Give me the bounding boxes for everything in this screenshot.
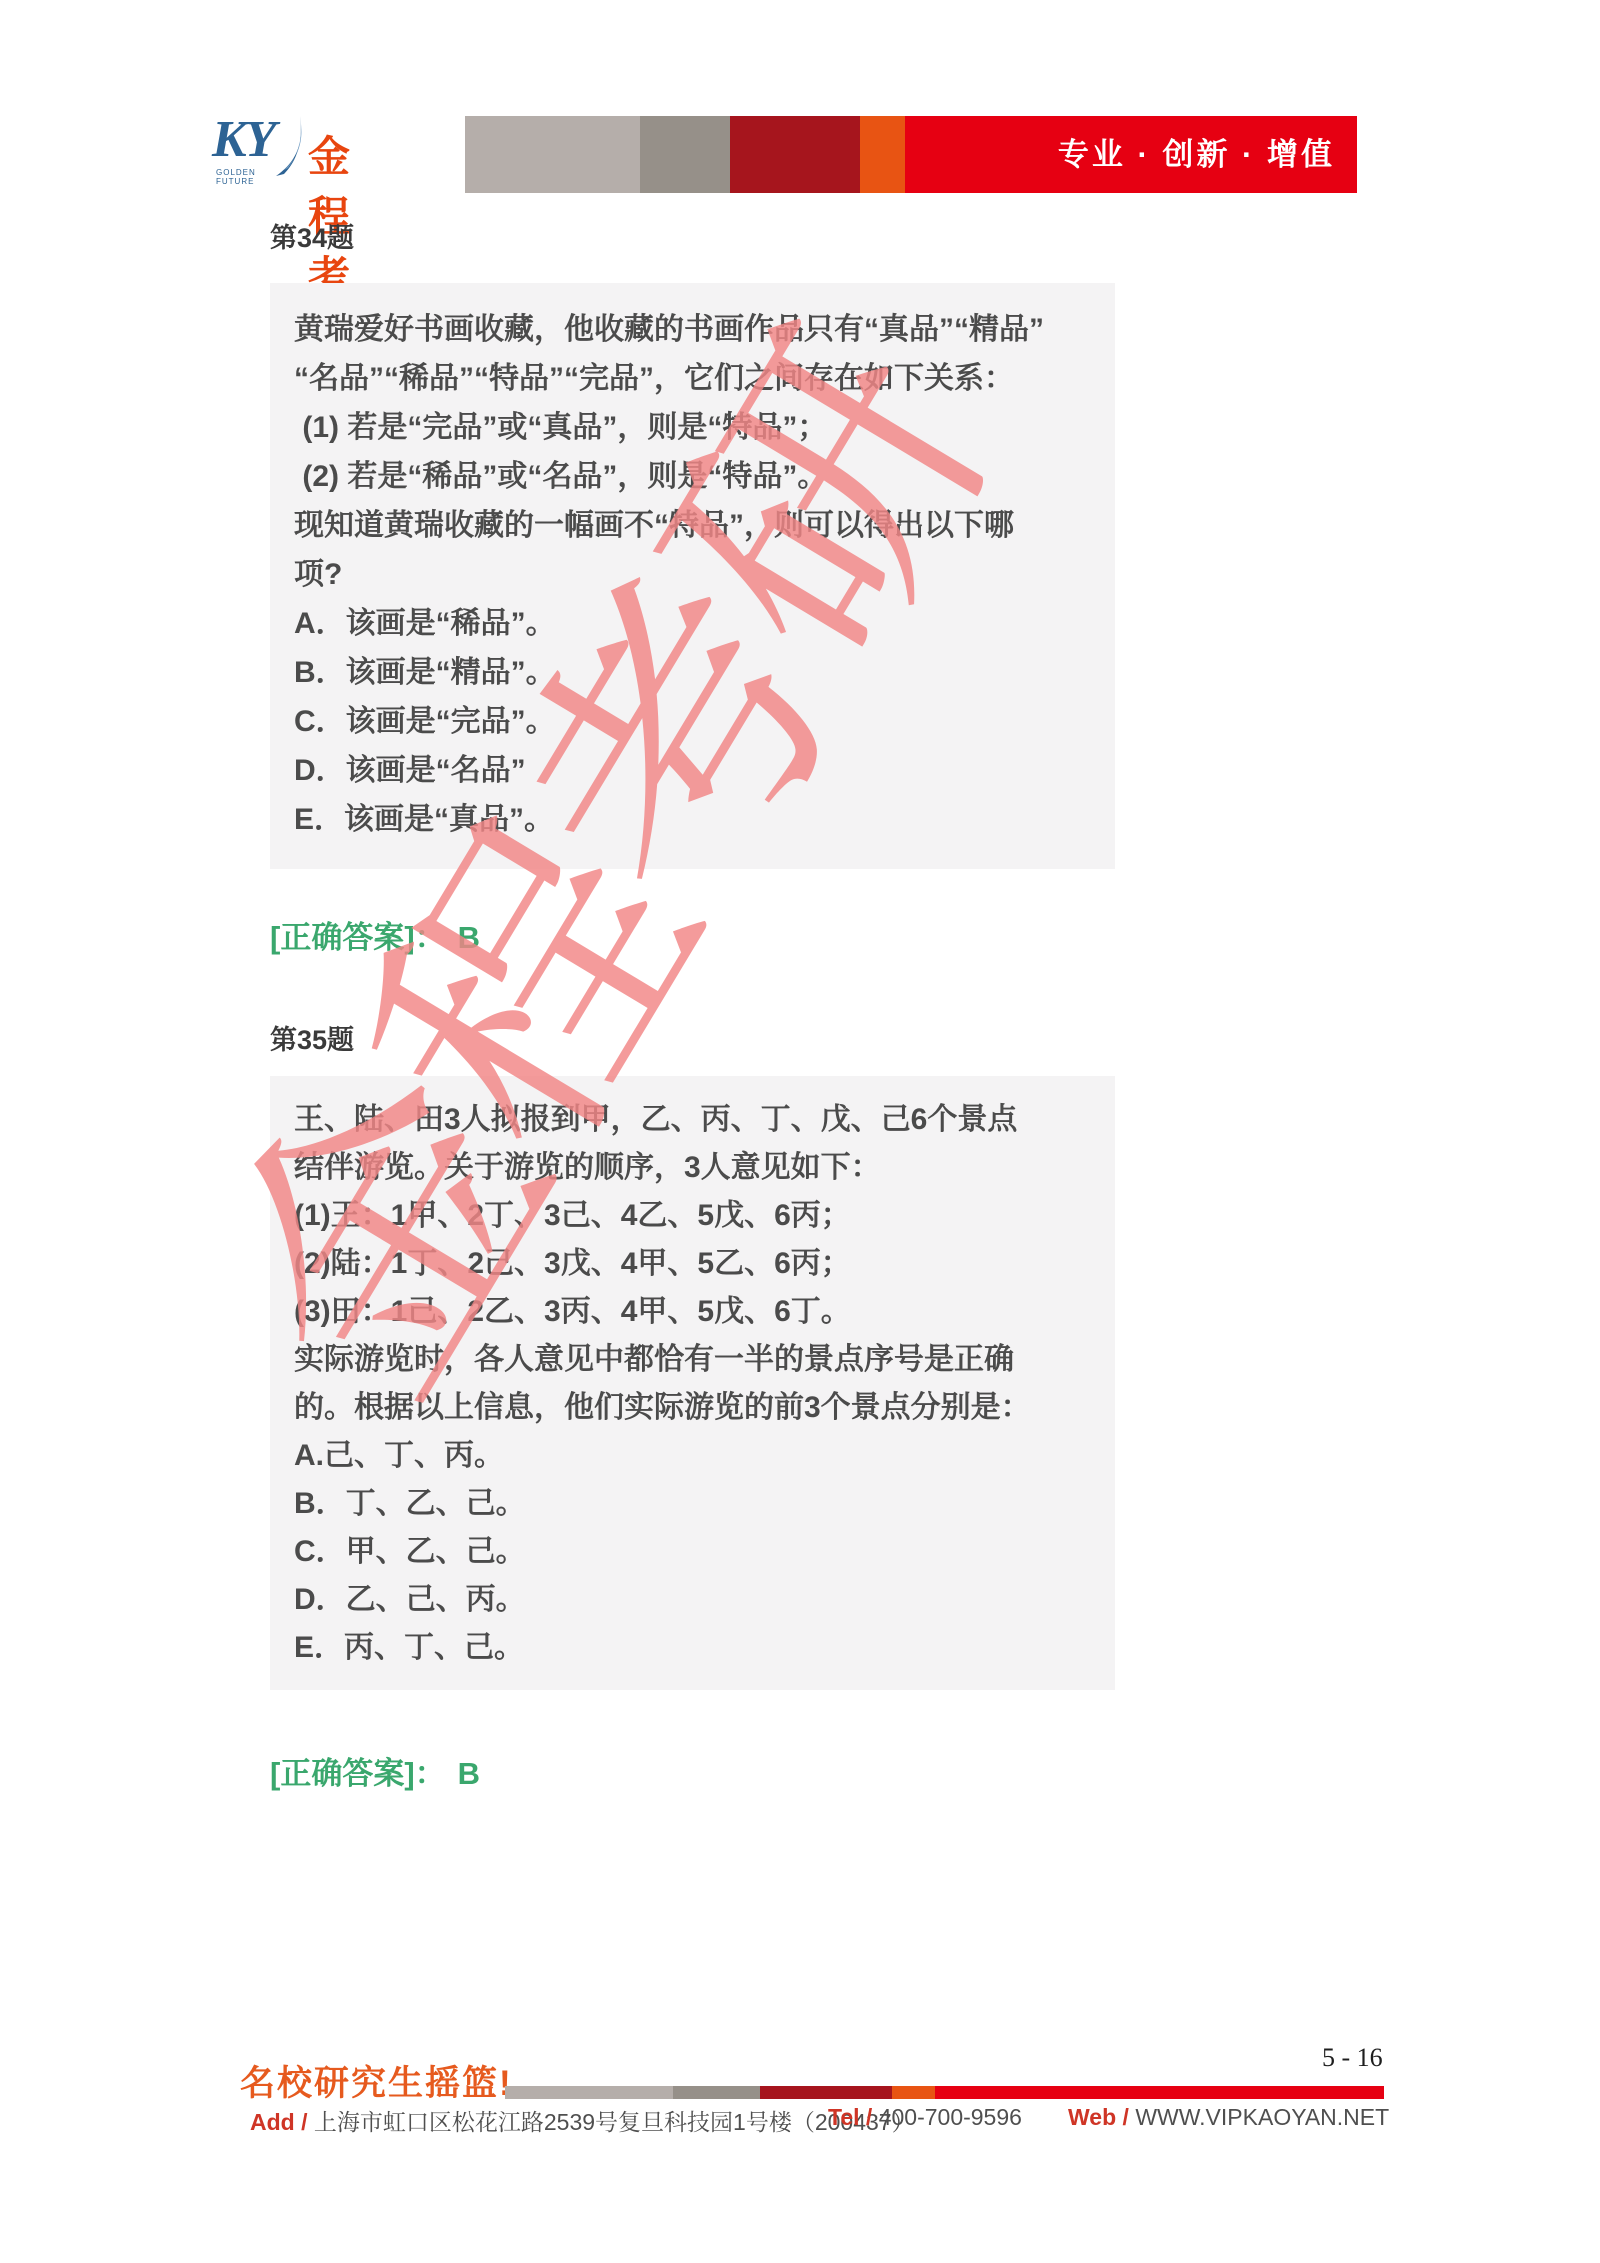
header-bar-darkred [730,116,860,193]
footer-bar-darkred [760,2086,892,2099]
question-line: 项? [294,550,1091,599]
option-c: C．该画是“完品”。 [294,697,1091,746]
header-bar-red: 专业 · 创新 · 增值 [905,116,1357,193]
footer-color-bars [505,2086,1384,2099]
question-35-answer: [正确答案]：B [270,1748,480,1793]
question-line: “名品”“稀品”“特品”“完品”，它们之间存在如下关系： [294,354,1091,403]
document-page: KY GOLDEN FUTURE 金程考研 专业 · 创新 · 增值 第34题 … [0,0,1600,2263]
answer-letter: B [458,1756,480,1791]
address-label: Add / [250,2109,314,2135]
answer-letter: B [458,920,480,955]
question-line: 结伴游览。关于游览的顺序，3人意见如下： [294,1144,1091,1192]
header-bar-lightgray [465,116,640,193]
question-35-title: 第35题 [270,1018,354,1057]
option-a: A.己、丁、丙。 [294,1432,1091,1480]
page-number: 5 - 16 [1322,2043,1383,2073]
footer-bar-lightgray [505,2086,673,2099]
ky-logo-icon: KY [212,110,274,169]
web-label: Web / [1068,2104,1135,2130]
footer-bar-gray [673,2086,760,2099]
question-line: 的。根据以上信息，他们实际游览的前3个景点分别是： [294,1384,1091,1432]
answer-label: [正确答案]： [270,920,446,955]
web-value: WWW.VIPKAOYAN.NET [1135,2104,1389,2130]
question-line: (2) 若是“稀品”或“名品”，则是“特品”。 [294,452,1091,501]
question-line: 王、陆、田3人拟报到甲，乙、丙、丁、戊、己6个景点 [294,1096,1091,1144]
option-a: A．该画是“稀品”。 [294,599,1091,648]
option-e: E．丙、丁、己。 [294,1624,1091,1672]
footer-address: Add / 上海市虹口区松花江路2539号复旦科技园1号楼（200437） [250,2104,915,2137]
address-value: 上海市虹口区松花江路2539号复旦科技园1号楼（200437） [314,2109,915,2135]
tel-value: 400-700-9596 [879,2104,1022,2130]
footer-website: Web / WWW.VIPKAOYAN.NET [1068,2104,1389,2131]
question-34-title: 第34题 [270,216,354,255]
question-line: (3)田：1己、2乙、3丙、4甲、5戊、6丁。 [294,1288,1091,1336]
footer-bar-orange [892,2086,935,2099]
header-color-bars: 专业 · 创新 · 增值 [465,116,1357,193]
footer-telephone: Tel / 400-700-9596 [828,2104,1022,2131]
question-line: (2)陆：1丁、2己、3戊、4甲、5乙、6丙； [294,1240,1091,1288]
question-line: 现知道黄瑞收藏的一幅画不“特品”，则可以得出以下哪 [294,501,1091,550]
footer-bar-red [935,2086,1384,2099]
option-d: D．乙、己、丙。 [294,1576,1091,1624]
option-b: B．丁、乙、己。 [294,1480,1091,1528]
question-line: 实际游览时，各人意见中都恰有一半的景点序号是正确 [294,1336,1091,1384]
tel-label: Tel / [828,2104,879,2130]
option-d: D．该画是“名品” [294,746,1091,795]
company-slogan: 专业 · 创新 · 增值 [1058,116,1335,193]
option-e: E．该画是“真品”。 [294,795,1091,844]
header-bar-gray [640,116,730,193]
logo-subtitle: GOLDEN FUTURE [216,168,286,186]
question-line: (1) 若是“完品”或“真品”，则是“特品”； [294,403,1091,452]
header-bar-orange [860,116,905,193]
answer-label: [正确答案]： [270,1756,446,1791]
footer-tagline: 名校研究生摇篮! [240,2056,513,2106]
question-line: 黄瑞爱好书画收藏，他收藏的书画作品只有“真品”“精品” [294,305,1091,354]
option-c: C．甲、乙、己。 [294,1528,1091,1576]
question-34-box: 黄瑞爱好书画收藏，他收藏的书画作品只有“真品”“精品” “名品”“稀品”“特品”… [270,283,1115,869]
option-b: B．该画是“精品”。 [294,648,1091,697]
question-line: (1)王：1甲、2丁、3己、4乙、5戊、6丙； [294,1192,1091,1240]
question-35-box: 王、陆、田3人拟报到甲，乙、丙、丁、戊、己6个景点 结伴游览。关于游览的顺序，3… [270,1076,1115,1690]
question-34-answer: [正确答案]：B [270,912,480,957]
